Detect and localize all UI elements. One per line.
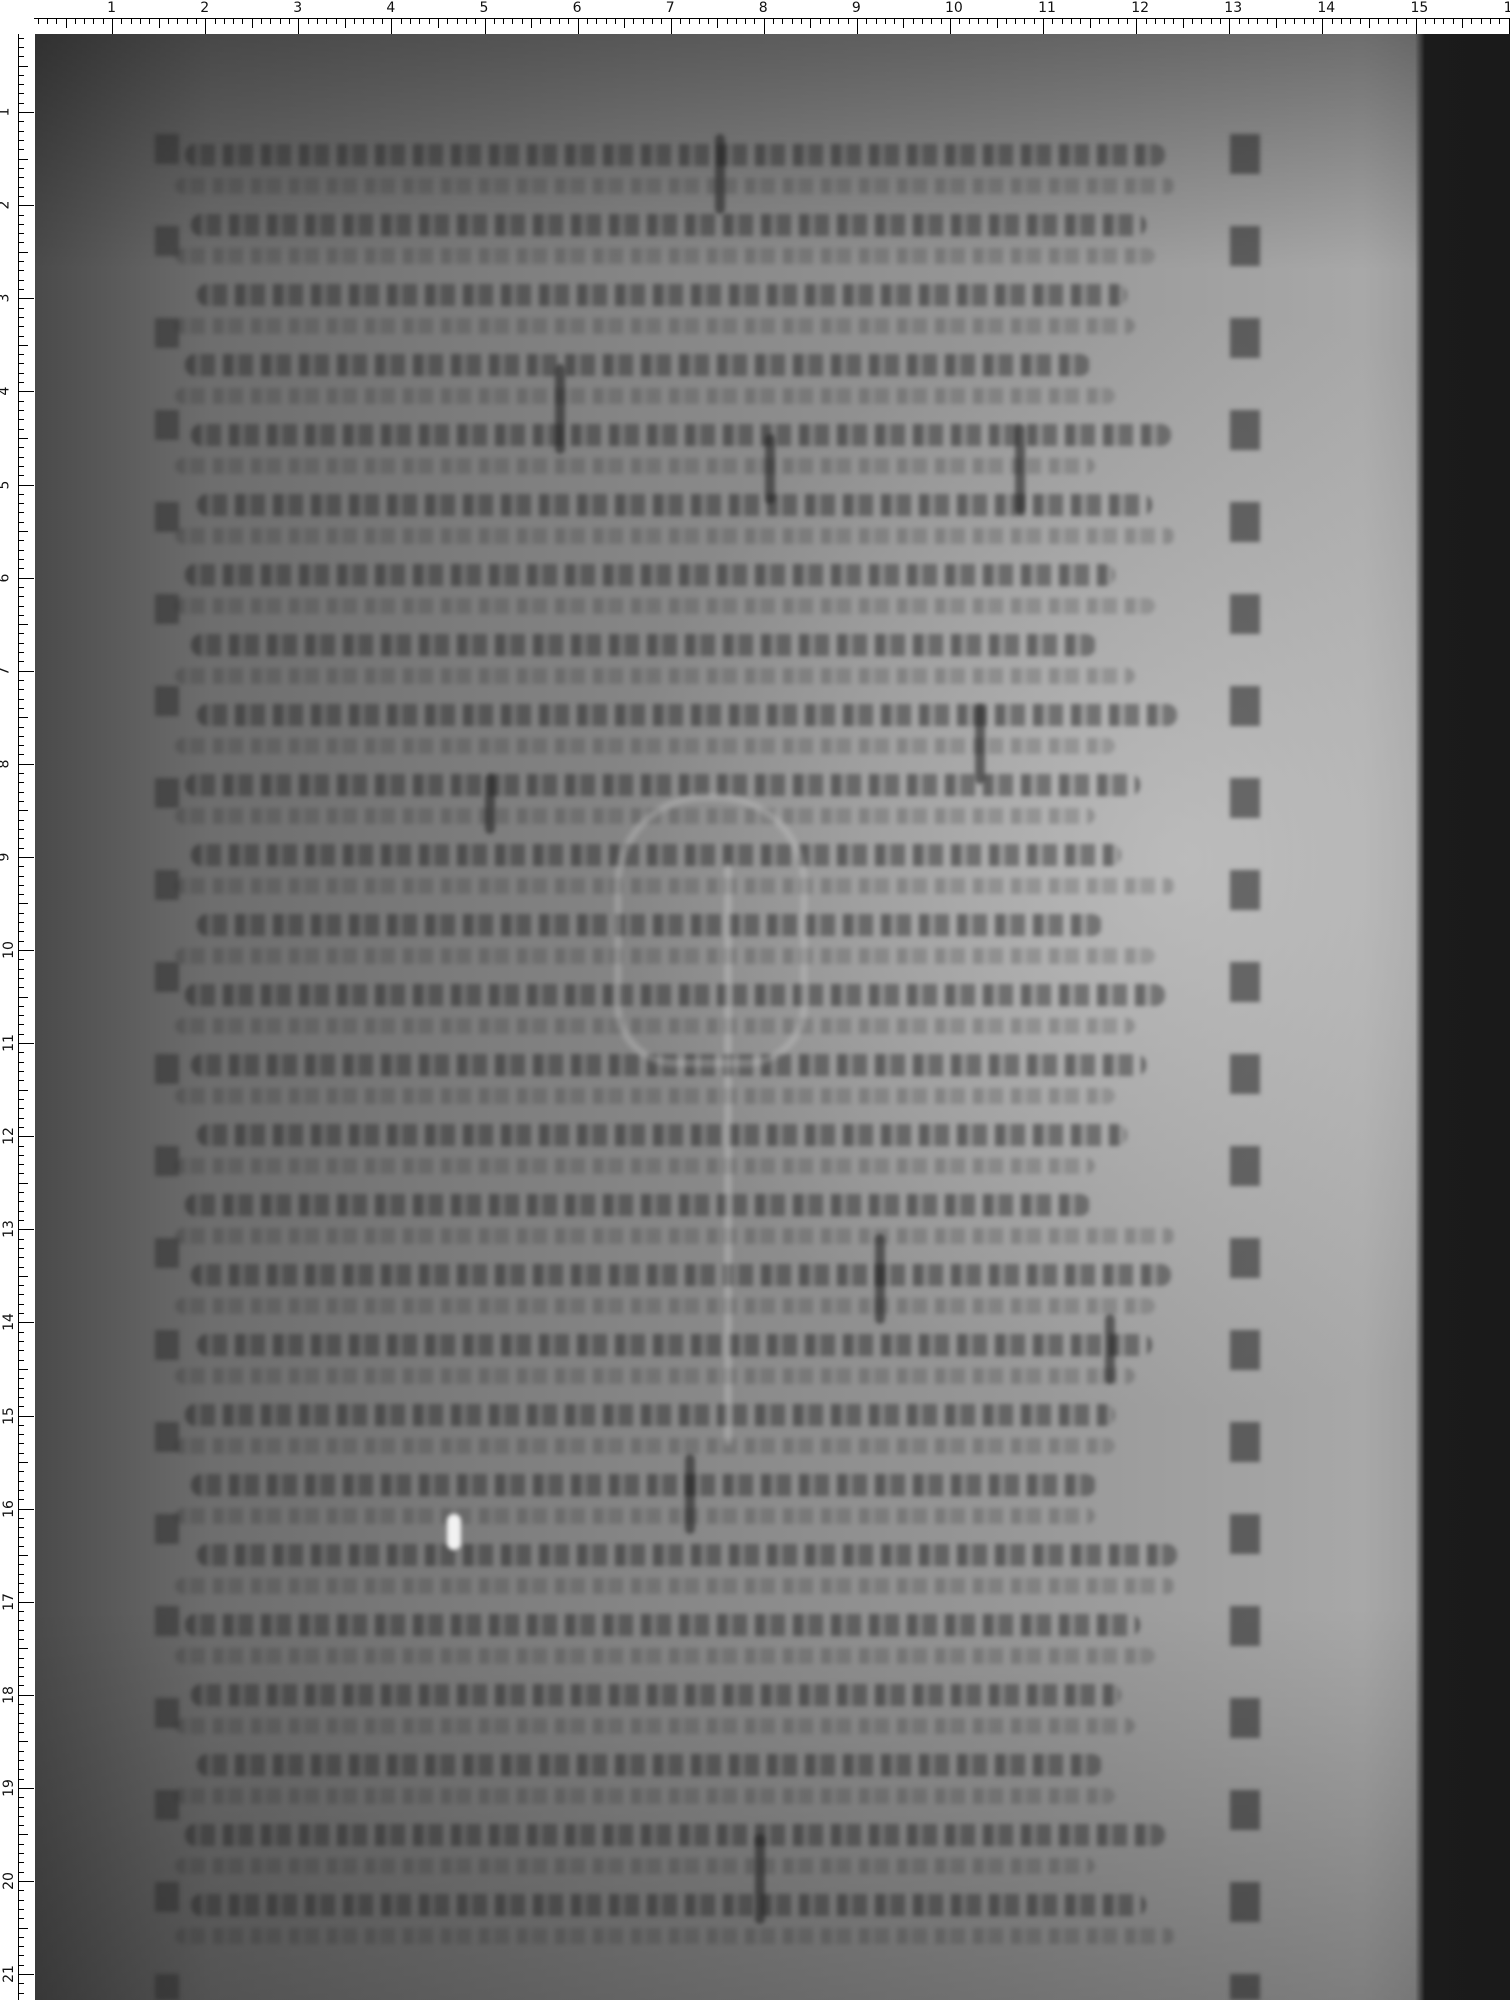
ruler-top-tick xyxy=(1350,18,1351,24)
ruler-top-label: 5 xyxy=(480,1,489,15)
ruler-top-tick xyxy=(717,18,718,28)
ruler-top-tick xyxy=(801,18,802,24)
manuscript-line xyxy=(185,1824,1165,1846)
ruler-left-tick xyxy=(18,1760,24,1761)
ruler-left-tick xyxy=(18,1015,24,1016)
ruler-left-tick xyxy=(18,782,24,783)
ruler-left-tick xyxy=(18,224,24,225)
ruler-top-tick xyxy=(754,18,755,24)
ruler-left-tick xyxy=(18,1322,34,1323)
ruler-left-tick xyxy=(18,112,34,113)
ruler-left-tick xyxy=(18,1211,24,1212)
ruler-left-tick xyxy=(18,792,24,793)
ruler-left-tick xyxy=(18,624,28,625)
ruler-top-tick xyxy=(1015,18,1016,24)
ruler-left-tick xyxy=(18,596,24,597)
ink-ascender xyxy=(485,774,495,834)
faint-drawing-highlight xyxy=(615,794,807,1066)
ruler-top-tick xyxy=(1164,18,1165,24)
ruler-top-tick xyxy=(522,18,523,24)
ruler-top-tick xyxy=(401,18,402,24)
ruler-left-tick xyxy=(18,568,24,569)
bleed-through-line xyxy=(175,528,1175,544)
ruler-top-tick xyxy=(1397,18,1398,24)
ruler-left-tick xyxy=(18,1704,24,1705)
ruler-top-tick xyxy=(419,18,420,24)
bleed-through-line xyxy=(175,178,1175,194)
ruler-left-tick xyxy=(18,1974,34,1975)
ruler-left-tick xyxy=(18,1574,24,1575)
bleed-through-line xyxy=(175,1928,1175,1944)
bleed-through-line xyxy=(175,1158,1095,1174)
ruler-left-tick xyxy=(18,1518,24,1519)
ruler-top-tick xyxy=(1155,18,1156,24)
ruler-left-tick xyxy=(18,1602,34,1603)
ruler-top-tick xyxy=(103,18,104,24)
ruler-top-tick xyxy=(699,18,700,24)
ruler-top-tick xyxy=(531,18,532,28)
ruler-left-tick xyxy=(18,978,24,979)
bright-spot xyxy=(447,1514,461,1550)
ruler-top-tick xyxy=(391,18,392,34)
ruler-left-tick xyxy=(18,373,24,374)
ink-ascender xyxy=(685,1454,695,1534)
bleed-through-line xyxy=(175,1088,1115,1104)
ruler-left-tick xyxy=(18,401,24,402)
ruler-left-tick xyxy=(18,1257,24,1258)
ruler-top-tick xyxy=(363,18,364,24)
ruler-top-tick xyxy=(1341,18,1342,24)
ruler-left-tick xyxy=(18,1332,24,1333)
ruler-left-tick xyxy=(18,1360,24,1361)
ruler-top-tick xyxy=(1173,18,1174,24)
ruler-top-tick xyxy=(931,18,932,24)
ruler-top-tick xyxy=(131,18,132,24)
ruler-left-tick xyxy=(18,1872,24,1873)
ruler-left-tick xyxy=(18,550,24,551)
ruler-left-tick xyxy=(18,1658,24,1659)
ruler-left-tick xyxy=(18,326,24,327)
ruler-left-tick xyxy=(18,1378,24,1379)
ruler-left-tick xyxy=(18,1555,28,1556)
ruler-left-tick xyxy=(18,754,24,755)
ruler-left-tick xyxy=(18,1723,24,1724)
ruler-left-tick xyxy=(18,1751,24,1752)
ruler-left-tick xyxy=(18,1564,24,1565)
ruler-top-tick xyxy=(215,18,216,24)
ruler-left-tick xyxy=(18,1685,24,1686)
manuscript-line xyxy=(185,354,1090,376)
ruler-left-tick xyxy=(18,1108,24,1109)
ruler-left-tick xyxy=(18,1164,24,1165)
ruler-top-tick xyxy=(652,18,653,24)
ruler-left-tick xyxy=(18,1546,24,1547)
ruler-left-tick xyxy=(18,354,24,355)
ruler-left-label: 13 xyxy=(2,1220,16,1238)
ruler-left-tick xyxy=(18,475,24,476)
ruler-left-tick xyxy=(18,1192,24,1193)
ruler-top-tick xyxy=(159,18,160,28)
ruler-left-tick xyxy=(18,1201,24,1202)
ruler-left-tick xyxy=(18,1443,24,1444)
ruler-top-tick xyxy=(829,18,830,24)
ruler-top-tick xyxy=(1024,18,1025,24)
manuscript-line xyxy=(191,1264,1171,1286)
ruler-top-tick xyxy=(93,18,94,24)
ruler-left-tick xyxy=(18,1248,24,1249)
ruler-top-tick xyxy=(457,18,458,24)
ruler-top-tick xyxy=(38,18,39,24)
ruler-top-tick xyxy=(913,18,914,24)
ruler-top-tick xyxy=(1267,18,1268,24)
ruler-left-tick xyxy=(18,1797,24,1798)
ruler-top-tick xyxy=(643,18,644,24)
ruler-left-tick xyxy=(18,56,24,57)
ruler-left-tick xyxy=(18,1611,24,1612)
ruler-left-tick xyxy=(18,1043,34,1044)
bleed-through-line xyxy=(175,1228,1175,1244)
ruler-top-tick xyxy=(997,18,998,28)
ruler-top-tick xyxy=(177,18,178,24)
ruler-left-tick xyxy=(18,1807,24,1808)
ruler-top-tick xyxy=(512,18,513,24)
manuscript-line xyxy=(191,1474,1096,1496)
ruler-top-tick xyxy=(596,18,597,24)
ruler-top-tick xyxy=(261,18,262,24)
ruler-top-tick xyxy=(1118,18,1119,24)
ruler-top-label: 1 xyxy=(107,1,116,15)
ruler-left-tick xyxy=(18,987,24,988)
ruler-left-tick xyxy=(18,447,24,448)
ruler-left-label: 19 xyxy=(2,1779,16,1797)
ruler-left-tick xyxy=(18,1406,24,1407)
ruler-left-tick xyxy=(18,838,24,839)
ruler-left-tick xyxy=(18,708,24,709)
ruler-left-tick xyxy=(18,121,24,122)
ruler-left-tick xyxy=(18,1779,24,1780)
ruler-top-tick xyxy=(587,18,588,24)
ruler-left-tick xyxy=(18,1425,24,1426)
ruler-top-label: 7 xyxy=(666,1,675,15)
ink-ascender xyxy=(975,704,985,784)
ruler-left-tick xyxy=(18,1239,24,1240)
ruler-left-tick xyxy=(18,997,28,998)
ruler-left-tick xyxy=(18,820,24,821)
ruler-left-tick xyxy=(18,1732,24,1733)
ruler-top-tick xyxy=(1108,18,1109,24)
ruler-top-tick xyxy=(1285,18,1286,24)
ruler-left-tick xyxy=(18,1499,24,1500)
ruler-left-tick xyxy=(18,876,24,877)
ruler-left-tick xyxy=(18,1862,24,1863)
ruler-top-tick xyxy=(438,18,439,28)
ruler-top-label: 13 xyxy=(1224,1,1242,15)
ruler-left-tick xyxy=(18,1788,34,1789)
ruler-top-tick xyxy=(1378,18,1379,24)
ruler-top-tick xyxy=(308,18,309,24)
ruler-left-tick xyxy=(18,903,28,904)
ruler-left-label: 10 xyxy=(2,941,16,959)
ruler-left-tick xyxy=(18,652,24,653)
ruler-left-tick xyxy=(18,745,24,746)
ruler-left-tick xyxy=(18,75,24,76)
left-margin-initials xyxy=(155,134,179,2000)
manuscript-line xyxy=(197,1544,1177,1566)
ruler-left-tick xyxy=(18,1183,28,1184)
ruler-top-tick xyxy=(466,18,467,24)
ruler-left-tick xyxy=(18,1397,24,1398)
ruler-left-tick xyxy=(18,289,24,290)
ruler-left-tick xyxy=(18,1993,24,1994)
ruler-top-tick xyxy=(326,18,327,24)
ruler-left-tick xyxy=(18,1490,24,1491)
ruler-top-tick xyxy=(233,18,234,24)
ruler-left-tick xyxy=(18,1155,24,1156)
ink-ascender xyxy=(1015,424,1025,514)
ruler-left-tick xyxy=(18,1955,24,1956)
ruler-top-tick xyxy=(1192,18,1193,24)
ruler-left-tick xyxy=(18,540,24,541)
ruler-top-tick xyxy=(1090,18,1091,28)
ruler-left-tick xyxy=(18,633,24,634)
ruler-top-tick xyxy=(894,18,895,24)
ruler-left-tick xyxy=(18,233,24,234)
ruler-left-tick xyxy=(18,531,28,532)
ruler-left-tick xyxy=(18,1127,24,1128)
ruler-top-tick xyxy=(615,18,616,24)
manuscript-line xyxy=(191,1894,1146,1916)
ruler-left-tick xyxy=(18,1890,24,1891)
ruler-top-tick xyxy=(336,18,337,24)
ruler-top-tick xyxy=(624,18,625,28)
ruler-top-tick xyxy=(857,18,858,34)
ruler-left-label: 7 xyxy=(0,666,11,675)
ruler-left-tick xyxy=(18,727,24,728)
ruler-top-label: 15 xyxy=(1411,1,1429,15)
ruler-left-tick xyxy=(18,131,24,132)
ruler-left-tick xyxy=(18,1071,24,1072)
ruler-top-tick xyxy=(550,18,551,24)
bleed-through-line xyxy=(175,738,1115,754)
ruler-left-tick xyxy=(18,345,28,346)
manuscript-line xyxy=(197,494,1152,516)
ruler-left-tick xyxy=(18,913,24,914)
bleed-through-line xyxy=(175,1438,1115,1454)
ruler-left-tick xyxy=(18,801,24,802)
ruler-left-label: 3 xyxy=(0,294,11,303)
ruler-left-tick xyxy=(18,1713,24,1714)
ink-ascender xyxy=(755,1834,765,1924)
ruler-top-tick xyxy=(1360,18,1361,24)
ruler-top-tick xyxy=(978,18,979,24)
ruler-left-label: 20 xyxy=(2,1872,16,1890)
ruler-top-tick xyxy=(689,18,690,24)
ruler-top-tick xyxy=(1425,18,1426,24)
ruler-left-tick xyxy=(18,252,28,253)
ruler-top-tick xyxy=(75,18,76,24)
ruler-left-tick xyxy=(18,196,24,197)
ruler-top-tick xyxy=(84,18,85,24)
ruler-left-tick xyxy=(18,140,24,141)
ruler-left-tick xyxy=(18,848,24,849)
ink-ascender xyxy=(1105,1314,1115,1384)
manuscript-line xyxy=(185,1194,1090,1216)
ruler-left-tick xyxy=(18,1983,24,1984)
ruler-top-tick xyxy=(1201,18,1202,24)
ruler-left-tick xyxy=(18,522,24,523)
ruler-left-tick xyxy=(18,922,24,923)
ruler-left-tick xyxy=(18,66,28,67)
ruler-top-tick xyxy=(47,18,48,24)
ruler-left-tick xyxy=(18,1388,24,1389)
ruler-left-tick xyxy=(18,1853,24,1854)
ruler-left-tick xyxy=(18,1285,24,1286)
ruler-top-tick xyxy=(56,18,57,24)
ruler-left-tick xyxy=(18,1080,24,1081)
ruler-top-tick xyxy=(941,18,942,24)
ruler-top-tick xyxy=(987,18,988,24)
ruler-left-tick xyxy=(18,1462,28,1463)
ruler-left-tick xyxy=(18,606,24,607)
ruler-top-label: 11 xyxy=(1038,1,1056,15)
ruler-left-tick xyxy=(18,559,24,560)
ruler-left-tick xyxy=(18,1527,24,1528)
ruler-top-tick xyxy=(224,18,225,24)
ruler-left-label: 12 xyxy=(2,1127,16,1145)
ruler-left-tick xyxy=(18,419,24,420)
ruler-left-tick xyxy=(18,1946,24,1947)
manuscript-scan xyxy=(35,34,1510,2000)
ruler-top-tick xyxy=(1490,18,1491,24)
ruler-top-tick xyxy=(876,18,877,24)
ruler-top-tick xyxy=(969,18,970,24)
ruler-left-tick xyxy=(18,1136,34,1137)
manuscript-text-block xyxy=(155,134,1215,2000)
ruler-left-tick xyxy=(18,1034,24,1035)
ruler-left-tick xyxy=(18,177,24,178)
ruler-top-tick xyxy=(354,18,355,24)
ruler-top-tick xyxy=(1127,18,1128,24)
ruler-top-tick xyxy=(1220,18,1221,24)
ruler-top-tick xyxy=(373,18,374,24)
ruler-top-label: 10 xyxy=(945,1,963,15)
ruler-top-label: 4 xyxy=(386,1,395,15)
ruler-left-tick xyxy=(18,457,24,458)
ruler-top-tick xyxy=(121,18,122,24)
ruler-left-label: 11 xyxy=(2,1034,16,1052)
manuscript-line xyxy=(191,634,1096,656)
ruler-left-label: 1 xyxy=(0,108,11,117)
ruler-top-tick xyxy=(252,18,253,28)
ruler-left-tick xyxy=(18,615,24,616)
dark-background-band xyxy=(1415,34,1510,2000)
ruler-left-tick xyxy=(18,1583,24,1584)
ruler-top-tick xyxy=(1183,18,1184,28)
ruler-left-tick xyxy=(18,363,24,364)
ruler-left-label: 17 xyxy=(2,1593,16,1611)
ruler-top-tick xyxy=(633,18,634,24)
ruler-top-tick xyxy=(1146,18,1147,24)
ruler-top-tick xyxy=(503,18,504,24)
ruler-top-tick xyxy=(494,18,495,24)
ruler-left-tick xyxy=(18,1937,24,1938)
ruler-top-tick xyxy=(1006,18,1007,24)
ruler-left-label: 9 xyxy=(0,852,11,861)
ruler-left-label: 2 xyxy=(0,201,11,210)
ruler-left-tick xyxy=(18,466,24,467)
ruler-left-tick xyxy=(18,699,24,700)
ruler-left-tick xyxy=(18,1267,24,1268)
ruler-top-tick xyxy=(1062,18,1063,24)
ruler-left-tick xyxy=(18,438,28,439)
right-margin-strokes xyxy=(1230,134,1260,2000)
ruler-top-tick xyxy=(187,18,188,24)
ruler-left-tick xyxy=(18,671,34,672)
bleed-through-line xyxy=(175,1788,1115,1804)
ruler-left-tick xyxy=(18,168,24,169)
ruler-top-tick xyxy=(1509,18,1510,34)
ruler-left-tick xyxy=(18,215,24,216)
ruler-left-tick xyxy=(18,1006,24,1007)
ruler-left-tick xyxy=(18,1667,24,1668)
ruler-top-tick xyxy=(140,18,141,24)
ruler-left-tick xyxy=(18,391,34,392)
ruler-left: 0123456789101112131415161718192021 xyxy=(0,0,34,2000)
ruler-top-tick xyxy=(922,18,923,24)
ruler-left-tick xyxy=(18,1844,24,1845)
ruler-left-tick xyxy=(18,578,34,579)
ruler-top-tick xyxy=(1443,18,1444,24)
ruler-top-tick xyxy=(1071,18,1072,24)
ruler-top-label: 9 xyxy=(852,1,861,15)
ruler-top-tick xyxy=(447,18,448,24)
ruler-top-tick xyxy=(950,18,951,34)
ruler-left-tick xyxy=(18,317,24,318)
ruler-top-tick xyxy=(1481,18,1482,24)
ruler-top-tick xyxy=(745,18,746,24)
ruler-top-tick xyxy=(1462,18,1463,28)
bleed-through-line xyxy=(175,1508,1095,1524)
manuscript-line xyxy=(197,1754,1102,1776)
ruler-left-label: 18 xyxy=(2,1686,16,1704)
ruler-left-tick xyxy=(18,857,34,858)
ruler-top-tick xyxy=(289,18,290,24)
ruler-top-tick xyxy=(66,18,67,28)
ruler-top-tick xyxy=(820,18,821,24)
ruler-left-tick xyxy=(18,1648,28,1649)
ruler-left-tick xyxy=(18,38,24,39)
bleed-through-line xyxy=(175,1648,1155,1664)
ruler-left-label: 5 xyxy=(0,480,11,489)
ruler-top-tick xyxy=(1136,18,1137,34)
ruler-left-tick xyxy=(18,485,34,486)
ruler-left-tick xyxy=(18,894,24,895)
ruler-left-tick xyxy=(18,1062,24,1063)
ruler-left-tick xyxy=(18,1146,24,1147)
ruler-top-tick xyxy=(782,18,783,24)
ruler-left-tick xyxy=(18,1481,24,1482)
ruler-top-tick xyxy=(1332,18,1333,24)
ruler-top-tick xyxy=(298,18,299,34)
ruler-left-tick xyxy=(18,1537,24,1538)
ruler-left-tick xyxy=(18,1369,28,1370)
ruler-left-tick xyxy=(18,1118,24,1119)
ruler-top-tick xyxy=(540,18,541,24)
ruler-left-tick xyxy=(18,1676,24,1677)
ruler-left-tick xyxy=(18,1639,24,1640)
ruler-left-tick xyxy=(18,1052,24,1053)
ruler-left-tick xyxy=(18,1900,24,1901)
